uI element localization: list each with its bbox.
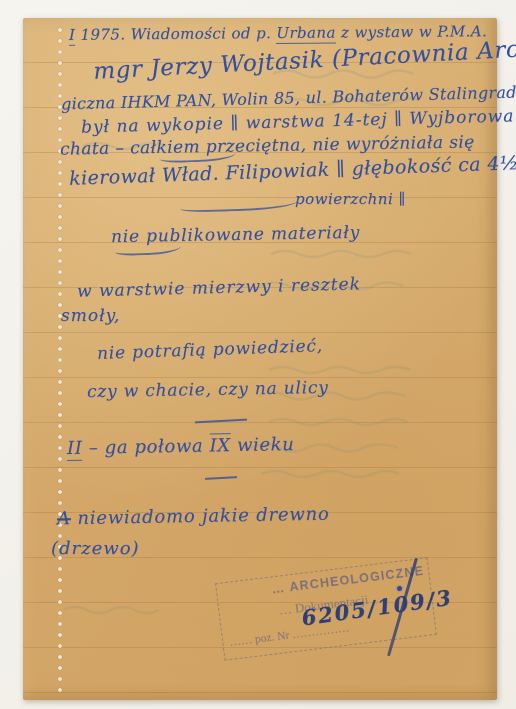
header-part-text: 1975. Wiadomości od p. [75, 24, 276, 44]
header-part-name: Urbana [276, 23, 336, 44]
underline-stroke [180, 201, 298, 213]
handwritten-line-unpublished: nie publikowane materiały [111, 223, 360, 247]
ink-dot [397, 586, 402, 591]
handwritten-line-surface: powierzchni ∥ [295, 190, 406, 208]
handwritten-line-drzewo: (drzewo) [51, 538, 140, 559]
handwritten-line-wood: A niewiadomo jakie drewno [57, 504, 330, 530]
handwritten-line-hut-or-street: czy w chacie, czy na ulicy [87, 378, 329, 402]
separator-dash [195, 419, 247, 424]
separator-dash [205, 476, 237, 480]
handwritten-line-layer: w warstwie mierzwy i resztek [77, 274, 361, 301]
dating-part-text: – ga połowa [82, 435, 209, 458]
perforation-holes [57, 26, 63, 694]
crossed-out-letter: A [57, 508, 71, 529]
handwritten-line-cannot-say: nie potrafią powiedzieć, [97, 336, 324, 364]
handwritten-line-tar: smoły, [61, 306, 120, 326]
roman-numeral-ii: II [67, 438, 83, 461]
underline-stroke [115, 246, 181, 256]
roman-numeral-ix: IX [209, 433, 231, 456]
handwritten-line-dating: II – ga połowa IX wieku [67, 434, 295, 459]
notebook-page: I 1975. Wiadomości od p. Urbana z wystaw… [23, 18, 497, 700]
wood-note-text: niewiadomo jakie drewno [71, 504, 330, 530]
dating-part-text: wieku [230, 434, 294, 456]
